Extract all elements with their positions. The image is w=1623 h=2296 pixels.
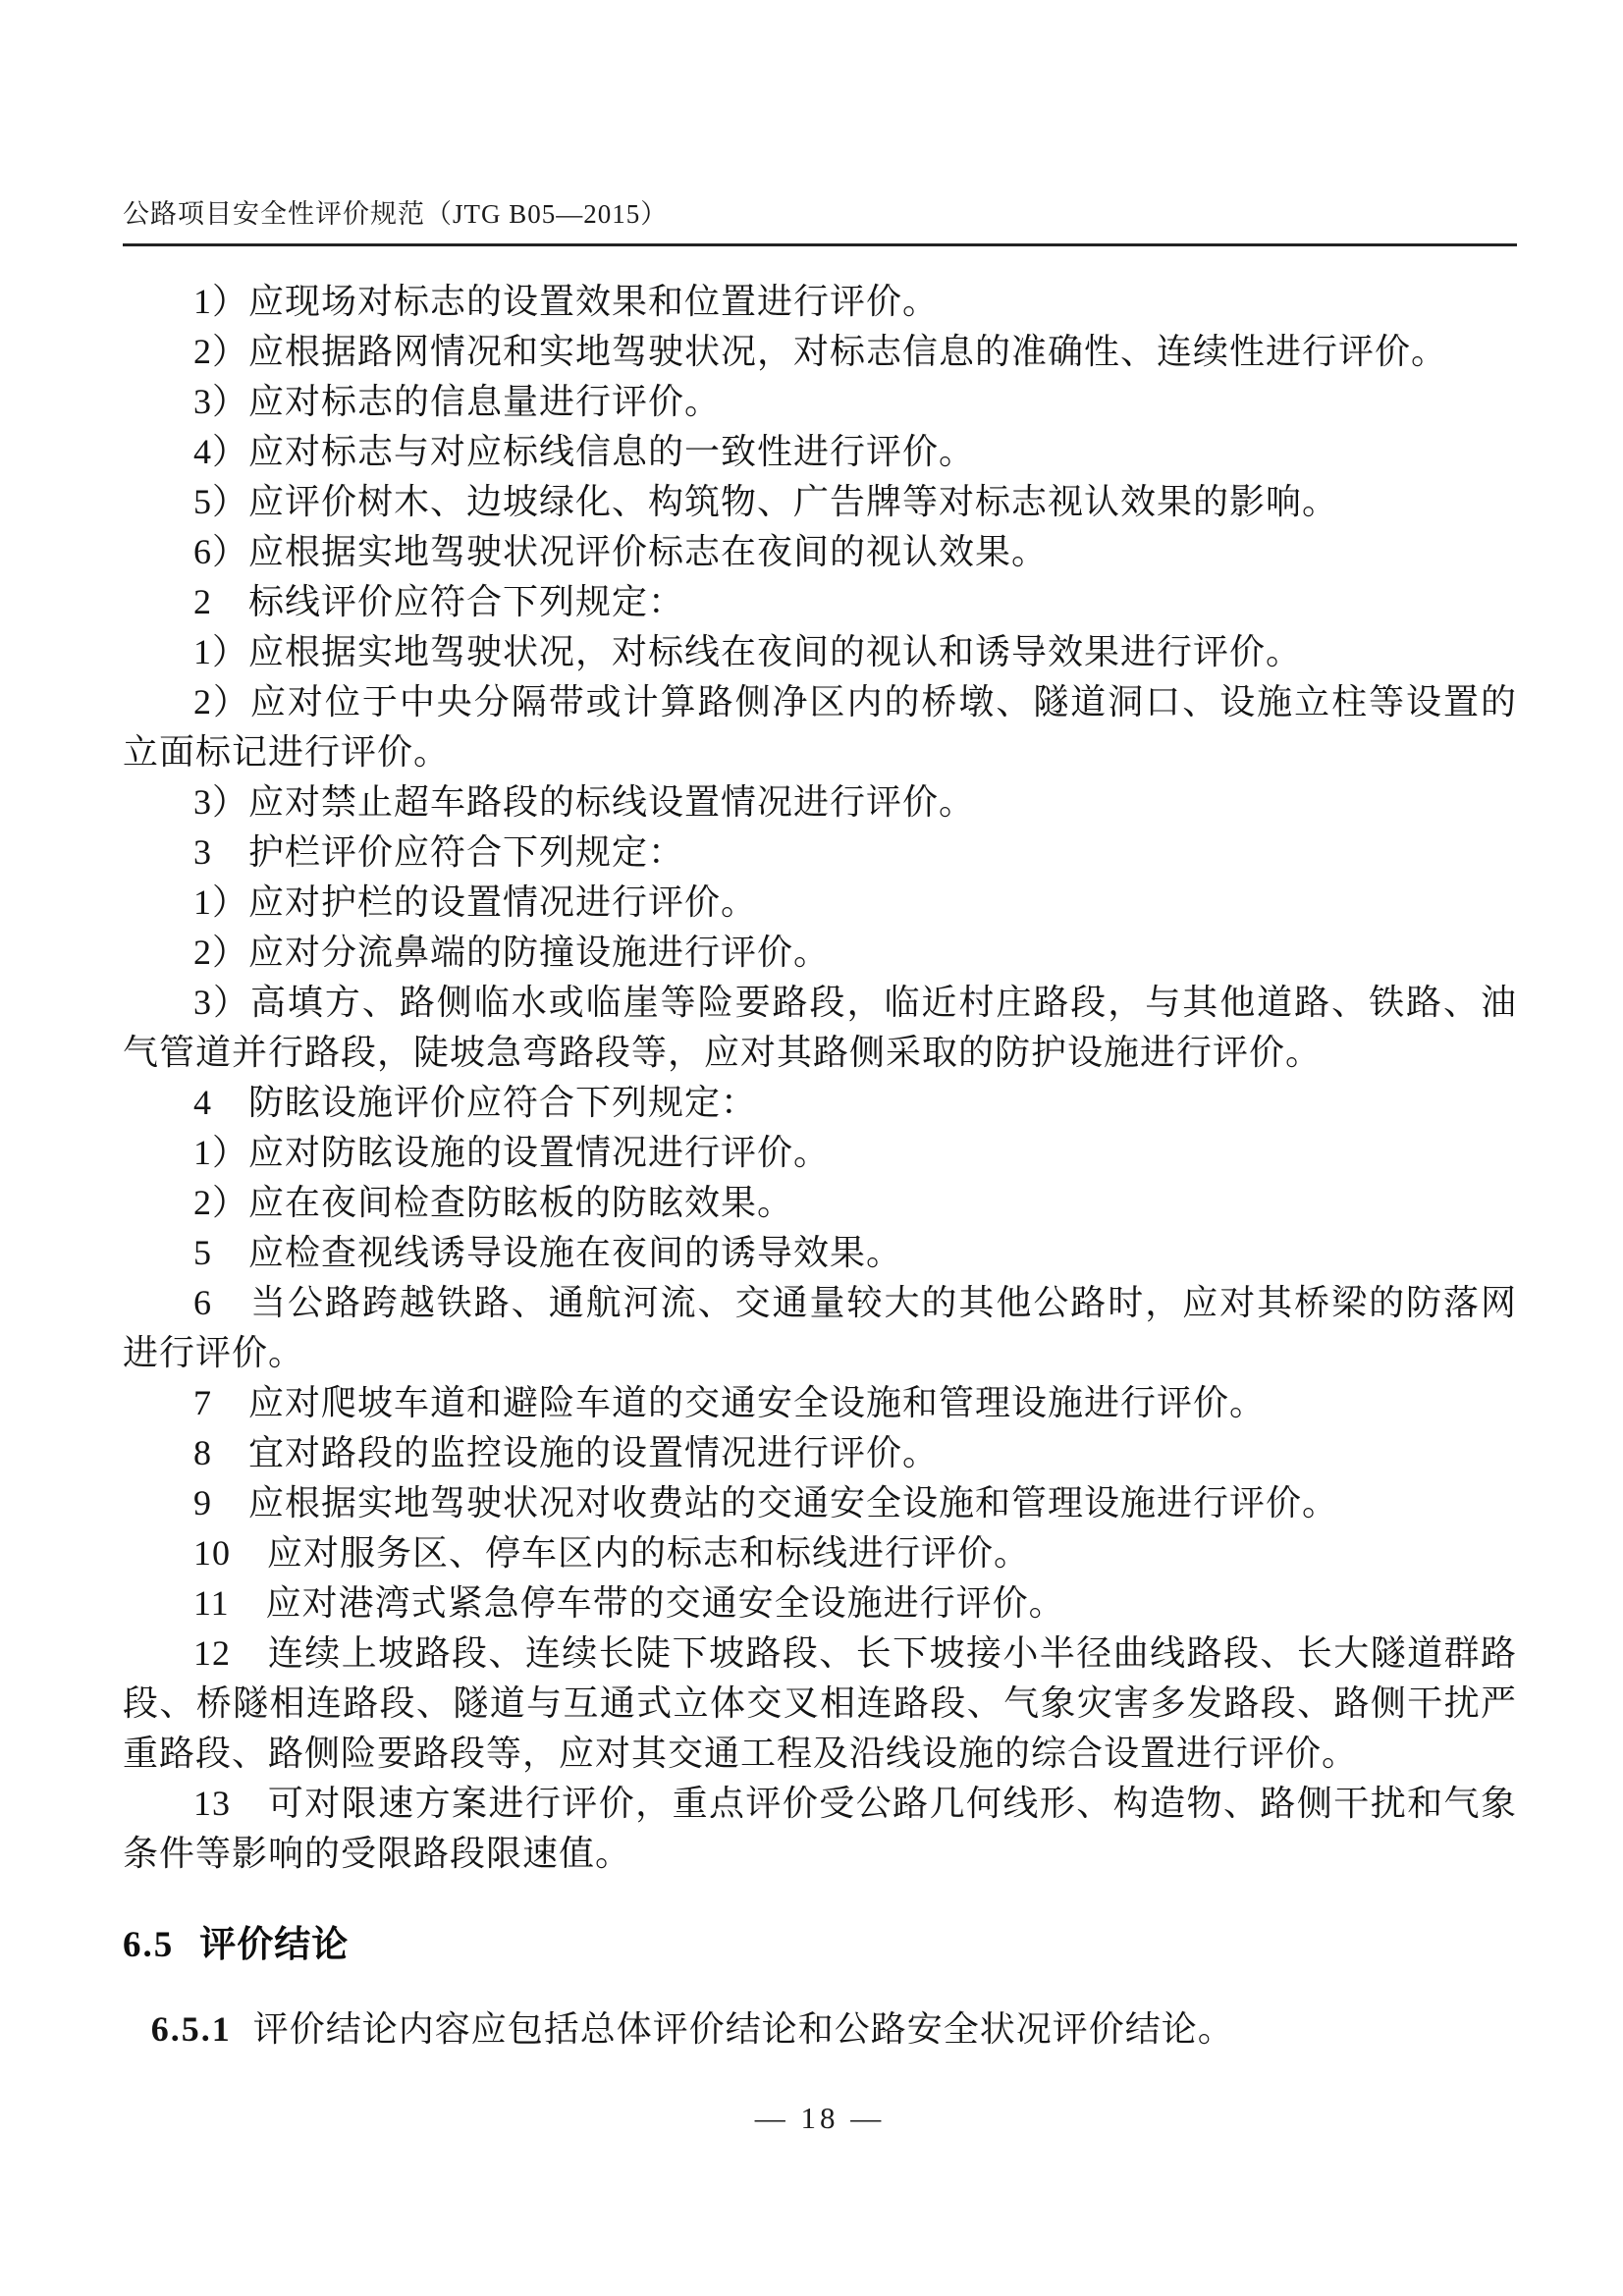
body-paragraph: 6）应根据实地驾驶状况评价标志在夜间的视认效果。 — [123, 527, 1517, 577]
page-footer: — 18 — — [123, 2101, 1517, 2136]
body-paragraph: 3 护栏评价应符合下列规定： — [123, 828, 1517, 878]
body-paragraph: 9 应根据实地驾驶状况对收费站的交通安全设施和管理设施进行评价。 — [123, 1478, 1517, 1528]
body-paragraph: 2）应对位于中央分隔带或计算路侧净区内的桥墩、隧道洞口、设施立柱等设置的立面标记… — [123, 677, 1517, 777]
body-paragraph: 1）应现场对标志的设置效果和位置进行评价。 — [123, 277, 1517, 327]
body-paragraph: 3）高填方、路侧临水或临崖等险要路段，临近村庄路段，与其他道路、铁路、油气管道并… — [123, 978, 1517, 1078]
clause-number: 6.5.1 — [151, 2009, 232, 2049]
body-paragraph: 4）应对标志与对应标线信息的一致性进行评价。 — [123, 427, 1517, 477]
body-paragraph: 5）应评价树木、边坡绿化、构筑物、广告牌等对标志视认效果的影响。 — [123, 477, 1517, 527]
section-title: 评价结论 — [199, 1925, 349, 1965]
body-paragraph: 3）应对标志的信息量进行评价。 — [123, 377, 1517, 427]
body-paragraph: 2 标线评价应符合下列规定： — [123, 577, 1517, 627]
running-header-title: 公路项目安全性评价规范（JTG B05—2015） — [123, 199, 668, 229]
body-paragraph: 2）应对分流鼻端的防撞设施进行评价。 — [123, 928, 1517, 978]
section-number: 6.5 — [123, 1925, 174, 1965]
body-paragraph: 6 当公路跨越铁路、通航河流、交通量较大的其他公路时，应对其桥梁的防落网进行评价… — [123, 1278, 1517, 1378]
body-paragraph: 12 连续上坡路段、连续长陡下坡路段、长下坡接小半径曲线路段、长大隧道群路段、桥… — [123, 1629, 1517, 1779]
clause-text: 评价结论内容应包括总体评价结论和公路安全状况评价结论。 — [253, 2009, 1234, 2049]
body-paragraph: 2）应根据路网情况和实地驾驶状况，对标志信息的准确性、连续性进行评价。 — [123, 327, 1517, 377]
body-text: 1）应现场对标志的设置效果和位置进行评价。2）应根据路网情况和实地驾驶状况，对标… — [123, 277, 1517, 1879]
body-paragraph: 8 宜对路段的监控设施的设置情况进行评价。 — [123, 1428, 1517, 1478]
body-paragraph: 3）应对禁止超车路段的标线设置情况进行评价。 — [123, 777, 1517, 828]
body-paragraph: 1）应根据实地驾驶状况，对标线在夜间的视认和诱导效果进行评价。 — [123, 627, 1517, 677]
section-heading: 6.5评价结论 — [123, 1914, 1517, 1967]
body-paragraph: 1）应对护栏的设置情况进行评价。 — [123, 878, 1517, 928]
clause-paragraph: 6.5.1评价结论内容应包括总体评价结论和公路安全状况评价结论。 — [123, 2004, 1517, 2055]
body-paragraph: 11 应对港湾式紧急停车带的交通安全设施进行评价。 — [123, 1578, 1517, 1629]
body-paragraph: 2）应在夜间检查防眩板的防眩效果。 — [123, 1178, 1517, 1228]
body-paragraph: 1）应对防眩设施的设置情况进行评价。 — [123, 1128, 1517, 1178]
body-paragraph: 5 应检查视线诱导设施在夜间的诱导效果。 — [123, 1228, 1517, 1278]
running-header: 公路项目安全性评价规范（JTG B05—2015） — [123, 192, 1517, 246]
body-paragraph: 10 应对服务区、停车区内的标志和标线进行评价。 — [123, 1528, 1517, 1578]
page-number-label: — 18 — — [755, 2101, 886, 2135]
body-paragraph: 13 可对限速方案进行评价，重点评价受公路几何线形、构造物、路侧干扰和气象条件等… — [123, 1779, 1517, 1879]
document-page: 公路项目安全性评价规范（JTG B05—2015） 1）应现场对标志的设置效果和… — [0, 0, 1623, 2296]
body-paragraph: 4 防眩设施评价应符合下列规定： — [123, 1078, 1517, 1128]
body-paragraph: 7 应对爬坡车道和避险车道的交通安全设施和管理设施进行评价。 — [123, 1378, 1517, 1428]
